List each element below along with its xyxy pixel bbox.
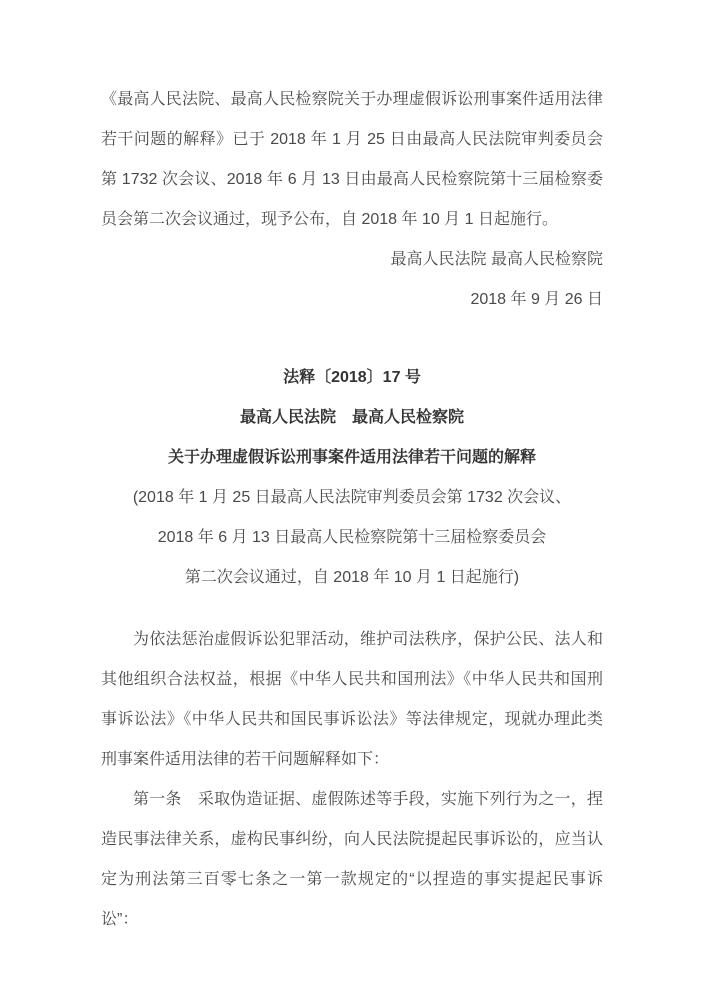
signature-date: 2018 年 9 月 26 日 — [101, 280, 603, 320]
adoption-note-line: (2018 年 1 月 25 日最高人民法院审判委员会第 1732 次会议、 — [101, 478, 603, 518]
announcement-paragraph: 《最高人民法院、最高人民检察院关于办理虚假诉讼刑事案件适用法律若干问题的解释》已… — [101, 80, 603, 240]
signature-line: 最高人民法院 最高人民检察院 — [101, 240, 603, 280]
document-page: 《最高人民法院、最高人民检察院关于办理虚假诉讼刑事案件适用法律若干问题的解释》已… — [0, 0, 707, 999]
document-title: 关于办理虚假诉讼刑事案件适用法律若干问题的解释 — [101, 438, 603, 478]
issuing-authorities: 最高人民法院 最高人民检察院 — [101, 398, 603, 438]
adoption-note-line: 第二次会议通过，自 2018 年 10 月 1 日起施行) — [101, 558, 603, 598]
document-number: 法释〔2018〕17 号 — [101, 358, 603, 398]
article-1-paragraph: 第一条 采取伪造证据、虚假陈述等手段，实施下列行为之一，捏造民事法律关系，虚构民… — [101, 780, 603, 940]
preamble-paragraph: 为依法惩治虚假诉讼犯罪活动，维护司法秩序，保护公民、法人和其他组织合法权益，根据… — [101, 620, 603, 780]
adoption-note-line: 2018 年 6 月 13 日最高人民检察院第十三届检察委员会 — [101, 518, 603, 558]
